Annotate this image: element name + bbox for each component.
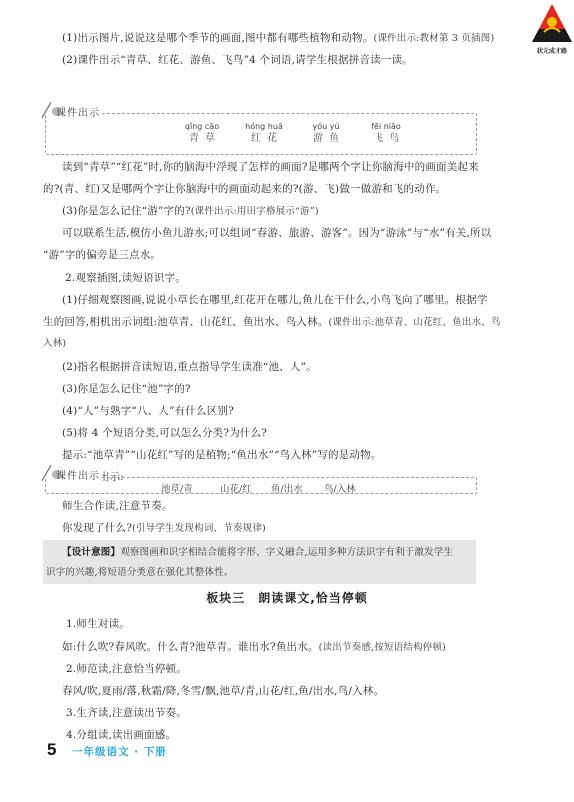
paragraph-line: 读到“青草”“红花”时,你的脑海中浮现了怎样的画面?是哪两个字让你脑海中的画面美… [62,160,479,174]
courseware-note: (课件出示:池草青、山花红、鱼出水、鸟 [328,317,500,328]
courseware-tag: 课件出示 [46,467,102,482]
courseware-box-pinyin: qīng cǎo青草 hóng huā红花 yóu yú游鱼 fēi niǎo飞… [45,113,477,155]
courseware-tag: 课件出示 [46,104,102,119]
paragraph-line: (1)仔细观察图画,说说小草长在哪里,红花开在哪儿,鱼儿在干什么,小鸟飞向了哪里… [62,293,488,307]
paragraph-line: (5)将 4 个短语分类,可以怎么分类?为什么? [62,426,267,440]
section-title: 板块三 朗读课文,恰当停顿 [0,589,574,606]
design-intent-line: 识字的兴趣,将短语分类意在强化其整体性。 [46,566,234,580]
phrase: 鸟/入林 [324,481,356,495]
phrase: 山花/红 [220,481,252,495]
design-intent-line: 【设计意图】观察图画和识字相结合能将字形、字义融合,运用多种方法识字有利于激发学… [62,546,453,560]
courseware-note: 入林) [43,337,66,351]
publisher-logo: 状元成才路 [530,2,574,58]
step-heading: 3.生齐读,注意读出节奏。 [66,706,187,720]
courseware-note: (课件出示:用田字格展示“游”) [191,206,319,217]
pinyin-word: fēi niǎo飞鸟 [356,121,416,146]
logo-triangle-icon [530,2,574,44]
step-heading: 2.观察插图,读短语识字。 [65,271,186,285]
courseware-note: (读出节奏感,按短语结构停顿) [319,642,446,653]
paragraph-line: 如:什么吹?春风吹。什么青?池草青。谁出水?鱼出水。(读出节奏感,按短语结构停顿… [62,640,446,655]
pinyin-word: qīng cǎo青草 [172,121,232,146]
page-number: 5 [47,740,56,760]
courseware-note: (课件出示:教材第 3 页插图) [373,33,494,44]
phrase: 池草/青 [161,481,193,495]
paragraph-line: 师生合作读,注意节奏。 [62,499,173,513]
paragraph-line: 的?(青、红)又是哪两个字让你脑海中的画面动起来的?(游、飞)做一做游和飞的动作… [43,182,446,196]
slash-icon [42,465,52,481]
step-heading: 2.师范读,注意恰当停顿。 [66,662,187,676]
paragraph-line: 提示:“池草青”“山花红”写的是植物;“鱼出水”“鸟入林”写的是动物。 [62,448,382,462]
paragraph-line: “游”字的偏旁是三点水。 [43,248,161,262]
paragraph-line: 你发现了什么?(引导学生发现构词、节奏规律) [62,521,266,536]
slash-icon [42,102,52,118]
design-intent-title: 【设计意图】 [62,547,120,558]
pinyin-word: hóng huā红花 [234,121,294,146]
step-heading: 1.师生对读。 [66,617,130,631]
paragraph-line: (1)出示图片,说说这是哪个季节的画面,图中都有哪些植物和动物。(课件出示:教材… [62,31,494,46]
paragraph-line: (3)你是怎么记住“游”字的?(课件出示:用田字格展示“游”) [62,204,319,219]
logo-brand-text: 状元成才路 [530,46,574,55]
paragraph-line: (3)你是怎么记住“池”字的? [62,382,191,396]
paragraph-line: 春风/吹,夏雨/落,秋霜/降,冬雪/飘,池草/青,山花/红,鱼/出水,鸟/入林。 [62,684,384,698]
paragraph-line: (2)指名根据拼音读短语,重点指导学生读准“池、人”。 [62,360,317,374]
design-intent-box: 【设计意图】观察图画和识字相结合能将字形、字义融合,运用多种方法识字有利于激发学… [43,540,476,584]
courseware-note: (引导学生发现构词、节奏规律) [132,523,266,534]
book-title: 一年级语文 · 下册 [72,744,167,759]
pinyin-word: yóu yú游鱼 [296,121,356,146]
paragraph-line: 生的回答,相机出示词组:池草青、山花红、鱼出水、鸟入林。(课件出示:池草青、山花… [43,315,501,330]
paragraph-line: (2)课件出示“青草、红花、游鱼、飞鸟”4 个词语,请学生根据拼音读一读。 [62,53,413,67]
phrase: 鱼/出水 [271,481,303,495]
paragraph-line: (4)“人”与熟字“八、人”有什么区别? [62,404,234,418]
paragraph-line: 可以联系生活,模仿小鱼儿游水;可以组词“春游、旅游、游客”。因为“游泳”与“水”… [62,226,491,240]
step-heading: 4.分组读,读出画面感。 [66,728,176,742]
